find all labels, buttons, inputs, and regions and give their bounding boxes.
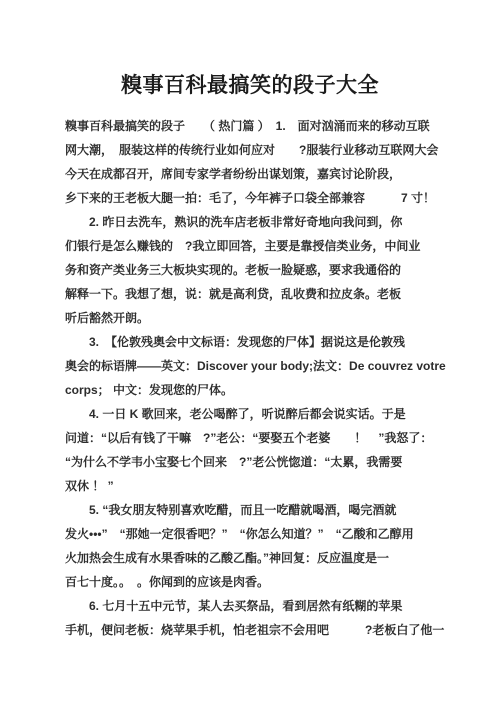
text-line: 今天在成都召开，席间专家学者纷纷出谋划策，嘉宾讨论阶段， <box>65 162 417 186</box>
text-line: 3. 【伦敦残奥会中文标语：发现您的尸体】据说这是伦敦残 <box>65 330 417 354</box>
text-line: 火加热会生成有水果香味的乙酸乙酯。”神回复：反应温度是一 <box>65 546 417 570</box>
text-line: “为什么不学韦小宝娶七个回来 ?”老公恍惚道：“太累，我需要 <box>65 450 417 474</box>
text-line: 双休 ！ ” <box>65 474 417 498</box>
text-line: 2. 昨日去洗车，熟识的洗车店老板非常好奇地向我问到，你 <box>65 210 417 234</box>
text-line: 糗事百科最搞笑的段子 （ 热门篇 ） 1. 面对汹涌而来的移动互联 <box>65 114 417 138</box>
text-line: 乡下来的王老板大腿一拍：毛了，今年裤子口袋全部兼容 7 寸！ <box>65 186 417 210</box>
text-line: 5. “我女朋友特别喜欢吃醋，而且一吃醋就喝酒，喝完酒就 <box>65 498 417 522</box>
text-line: corps； 中文：发现您的尸体。 <box>65 378 417 402</box>
text-line: 发火•••” “那她一定很香吧？” “你怎么知道？” “乙酸和乙醇用 <box>65 522 417 546</box>
text-line: 网大潮， 服装这样的传统行业如何应对 ?服装行业移动互联网大会 <box>65 138 417 162</box>
text-line: 百七十度。。 。你闻到的应该是肉香。 <box>65 570 417 594</box>
text-line: 务和资产类业务三大板块实现的。老板一脸疑惑，要求我通俗的 <box>65 258 417 282</box>
text-line: 4. 一日 K 歌回来，老公喝醉了，听说醉后都会说实话。于是 <box>65 402 417 426</box>
text-line: 手机，便问老板：烧苹果手机，怕老祖宗不会用吧 ?老板白了他一 <box>65 618 417 642</box>
document-title: 糗事百科最搞笑的段子大全 <box>0 72 500 100</box>
document-body: 糗事百科最搞笑的段子 （ 热门篇 ） 1. 面对汹涌而来的移动互联 网大潮， 服… <box>65 114 417 642</box>
document-page: 糗事百科最搞笑的段子大全 糗事百科最搞笑的段子 （ 热门篇 ） 1. 面对汹涌而… <box>0 0 500 708</box>
text-line: 听后豁然开朗。 <box>65 306 417 330</box>
text-line: 们银行是怎么赚钱的 ?我立即回答，主要是靠授信类业务，中间业 <box>65 234 417 258</box>
text-line: 奥会的标语牌——英文：Discover your body;法文：De couv… <box>65 354 417 378</box>
text-line: 问道：“以后有钱了干嘛 ?”老公：“要娶五个老婆 ！ ”我怒了： <box>65 426 417 450</box>
text-line: 解释一下。我想了想，说：就是高利贷，乱收费和拉皮条。老板 <box>65 282 417 306</box>
text-line: 6. 七月十五中元节，某人去买祭品，看到居然有纸糊的苹果 <box>65 594 417 618</box>
